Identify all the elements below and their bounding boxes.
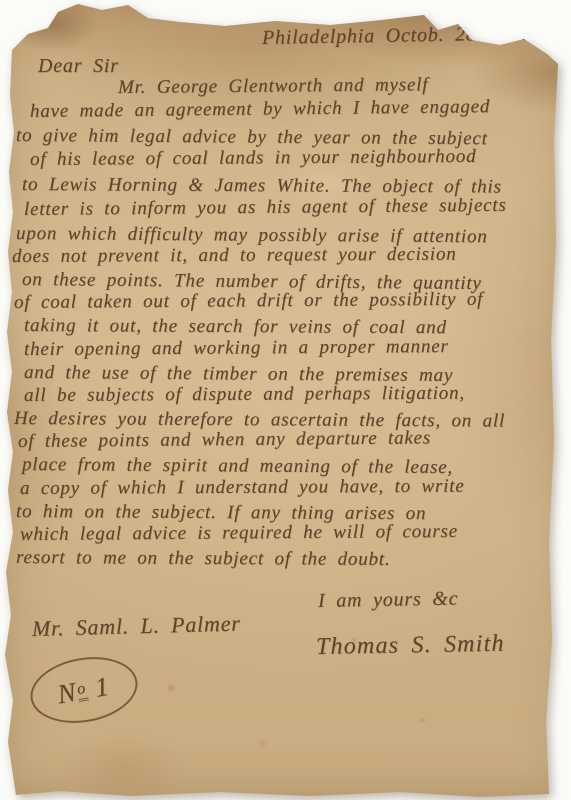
letter-paper: Philadelphia Octob. 28 1830 Dear Sir Mr.… [0, 0, 571, 800]
letter-body-line: of his lease of coal lands in your neigh… [30, 146, 477, 171]
scanned-letter-page: Philadelphia Octob. 28 1830 Dear Sir Mr.… [0, 0, 571, 800]
letter-body-line: which legal advice is required he will o… [20, 521, 458, 546]
letter-body-line: all be subjects of dispute and perhaps l… [24, 383, 465, 407]
letter-body-line: resort to me on the subject of the doubt… [16, 547, 391, 571]
letter-body-line: have made an agreement by which I have e… [30, 96, 490, 123]
letter-dateline: Philadelphia Octob. 28 1830 [262, 22, 531, 50]
letter-body-line: of these points and when any departure t… [18, 427, 431, 453]
letter-signature: Thomas S. Smith [316, 631, 505, 661]
letter-paper-shadow: Philadelphia Octob. 28 1830 Dear Sir Mr.… [0, 0, 571, 800]
letter-addressee: Mr. Saml. L. Palmer [32, 611, 241, 642]
docket-number-circle: No1 [25, 649, 142, 731]
letter-body-line: letter is to inform you as his agent of … [24, 195, 507, 221]
letter-body-line: of coal taken out of each drift or the p… [14, 289, 483, 314]
letter-closing: I am yours &c [318, 588, 459, 613]
letter-body-line: Mr. George Glentworth and myself [118, 74, 429, 99]
letter-body-line: their opening and working in a proper ma… [24, 336, 449, 361]
letter-body-line: does not prevent it, and to request your… [12, 244, 457, 268]
docket-digit: 1 [92, 670, 113, 703]
letter-salutation: Dear Sir [38, 55, 119, 78]
letter-body-line: a copy of which I understand you have, t… [20, 476, 465, 500]
docket-superscript-o: o [76, 679, 89, 701]
